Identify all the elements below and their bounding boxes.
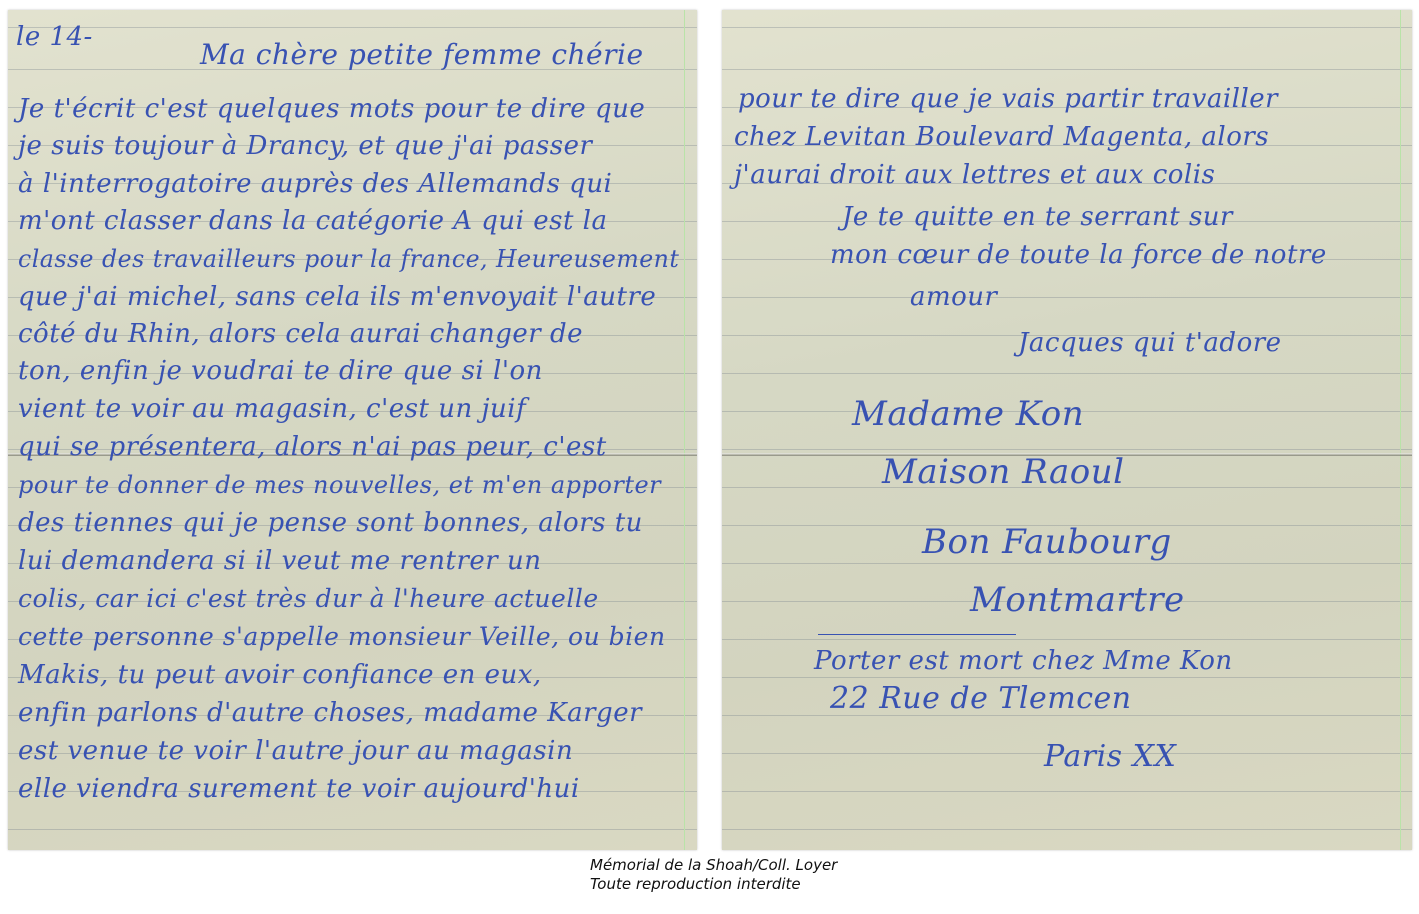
letter-date: le 14- — [16, 18, 93, 56]
letter-page-right: pour te dire que je vais partir travaill… — [722, 10, 1412, 850]
address-line: Montmartre — [970, 578, 1185, 622]
margin-line — [1400, 10, 1401, 850]
letter-line: est venue te voir l'autre jour au magasi… — [18, 732, 573, 770]
letter-line: des tiennes qui je pense sont bonnes, al… — [18, 504, 643, 542]
sender-line: 22 Rue de Tlemcen — [830, 680, 1132, 718]
letter-line: chez Levitan Boulevard Magenta, alors — [734, 118, 1269, 156]
letter-line: cette personne s'appelle monsieur Veille… — [18, 618, 666, 656]
sender-line: Porter est mort chez Mme Kon — [814, 642, 1233, 680]
letter-line: je suis toujour à Drancy, et que j'ai pa… — [18, 127, 592, 165]
closing-line: mon cœur de toute la force de notre — [830, 236, 1327, 274]
letter-line: à l'interrogatoire auprès des Allemands … — [18, 165, 612, 203]
letter-line: enfin parlons d'autre choses, madame Kar… — [18, 694, 642, 732]
letter-line: m'ont classer dans la catégorie A qui es… — [18, 202, 608, 240]
letter-line: côté du Rhin, alors cela aurai changer d… — [18, 315, 583, 353]
sender-line: Paris XX — [1044, 738, 1176, 776]
closing-line: Je te quitte en te serrant sur — [842, 198, 1233, 236]
signature: Jacques qui t'adore — [1018, 324, 1282, 362]
letter-line: classe des travailleurs pour la france, … — [18, 240, 679, 278]
letter-line: elle viendra surement te voir aujourd'hu… — [18, 770, 580, 808]
letter-page-left: le 14- Ma chère petite femme chérie Je t… — [8, 10, 697, 850]
letter-line: ton, enfin je voudrai te dire que si l'o… — [18, 352, 543, 390]
letter-line: colis, car ici c'est très dur à l'heure … — [18, 580, 599, 618]
reproduction-notice: Toute reproduction interdite — [590, 875, 837, 894]
letter-line: que j'ai michel, sans cela ils m'envoyai… — [18, 278, 656, 316]
credit-line: Mémorial de la Shoah/Coll. Loyer — [590, 856, 837, 875]
letter-line: pour te donner de mes nouvelles, et m'en… — [18, 466, 661, 504]
letter-line: j'aurai droit aux lettres et aux colis — [734, 156, 1215, 194]
letter-line: Makis, tu peut avoir confiance en eux, — [18, 656, 542, 694]
address-line: Madame Kon — [852, 392, 1084, 436]
address-line: Maison Raoul — [882, 450, 1124, 494]
letter-line: vient te voir au magasin, c'est un juif — [18, 390, 526, 428]
letter-line: Je t'écrit c'est quelques mots pour te d… — [18, 90, 645, 128]
underline-rule — [818, 634, 1016, 635]
closing-line: amour — [910, 278, 997, 316]
letter-line: qui se présentera, alors n'ai pas peur, … — [18, 428, 607, 466]
letter-line: pour te dire que je vais partir travaill… — [738, 80, 1278, 118]
letter-salutation: Ma chère petite femme chérie — [200, 36, 644, 74]
image-credit: Mémorial de la Shoah/Coll. Loyer Toute r… — [590, 856, 837, 894]
letter-line: lui demandera si il veut me rentrer un — [18, 542, 541, 580]
address-line: Bon Faubourg — [922, 520, 1172, 564]
margin-line — [684, 10, 685, 850]
